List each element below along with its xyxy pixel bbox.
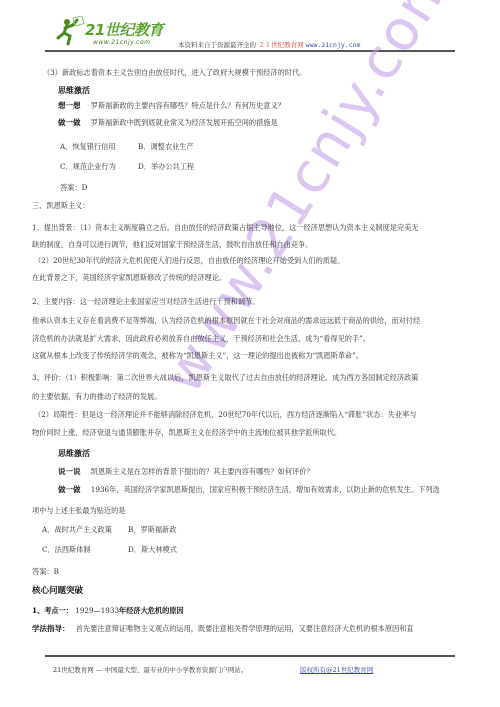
option-d: D．举办公共工程 — [138, 162, 194, 172]
header-slogan: 本资料来自于资源最齐全的 ２１世纪教育网 www.21cnjy.com — [178, 40, 360, 49]
paragraph: 他承认资本主义存在着消费不足等弊端，认为经济危机的根本原因就在于社会对商品的需求… — [32, 316, 420, 326]
question-say: 说一说 凯恩斯主义是在怎样的背景下提出的？其主要内容有哪些？如何评价？ — [58, 467, 314, 477]
question-do: 做一做 1936年，英国经济学家凯恩斯提出，国家应积极干预经济生活，增加有效需求… — [58, 485, 440, 495]
site-logo[interactable]: 21世纪教育 www.21cnjy.com — [55, 12, 170, 50]
method-label: 学法指导： — [32, 624, 70, 633]
slogan-prefix: 本资料来自于资源最齐全的 — [178, 41, 256, 49]
paragraph: （2）20世纪30年代的经济大危机促使人们进行反思，自由放任的经济理论开始受到人… — [34, 256, 344, 266]
paragraph: 物价同时上涨，经济衰退与通货膨胀并存，凯恩斯主义在经济学中的主流地位被其他学派所… — [32, 428, 341, 438]
section-subtitle: 思维激活 — [58, 449, 90, 459]
logo-url-text: www.21cnjy.com — [93, 39, 150, 46]
option-b: B．罗斯福新政 — [128, 525, 176, 535]
option-c: C．规范企业行为 — [60, 162, 116, 172]
do-text: 罗斯福新政中既到底就业常又为经济发展开拓空间的措施是 — [91, 118, 278, 127]
answer: 答案：D — [60, 183, 87, 193]
paragraph: 1、提出背景：（1）资本主义制度确立之后，自由放任的经济政策占据主导地位，这一经… — [32, 223, 419, 233]
footer-divider — [45, 655, 455, 657]
paragraph: 3、评价：（1）积极影响：第二次世界大战以后，凯恩斯主义取代了过去自由放任的经济… — [32, 373, 419, 383]
section-subtitle: 思维激活 — [58, 86, 90, 96]
runner-logo-icon — [55, 16, 85, 46]
point-prefix: 1、考点一： — [32, 606, 73, 615]
option-a: A．恢复银行信用 — [60, 142, 116, 152]
section-title: 三、凯恩斯主义： — [32, 201, 90, 211]
paragraph: 2、主要内容：这一经济理论主张国家应当对经济生活进行干预和调节。 — [32, 297, 259, 307]
answer: 答案：B — [32, 567, 59, 577]
point-years: 1929—1933 — [75, 606, 119, 615]
point-title: 年经济大危机的原因 — [119, 606, 184, 615]
paragraph: 在此背景之下，英国经济学家凯恩斯修改了传统的经济理论。 — [32, 273, 226, 283]
say-text: 凯恩斯主义是在怎样的背景下提出的？其主要内容有哪些？如何评价？ — [91, 467, 314, 476]
option-c: C．法西斯体制 — [42, 545, 91, 555]
question-think: 想一想 罗斯福新政的主要内容有哪些？特点是什么？有何历史意义？ — [58, 101, 285, 111]
footer-text: 21世纪教育网 — 中国最大型、最专业的中小学教育资源门户网站。 — [53, 665, 247, 674]
think-label: 想一想 — [58, 101, 81, 110]
paragraph: 项中与上述主张最为贴近的是 — [32, 506, 125, 516]
paragraph: 这就从根本上改变了传统经济学的观念，被称为“凯恩斯主义”，这一理论的提出也被称为… — [32, 351, 363, 361]
option-b: B．调整农业生产 — [138, 142, 194, 152]
option-a: A．战时共产主义政策 — [42, 525, 112, 535]
paragraph: （2）局限性：但是这一经济理论并不能够消除经济危机，20世纪70年代以后，西方经… — [34, 410, 416, 420]
do-label: 做一做 — [58, 118, 81, 127]
paragraph: （3）新政标志着资本主义告别自由放任时代，进入了政府大规模干预经济的时代。 — [43, 68, 306, 78]
think-text: 罗斯福新政的主要内容有哪些？特点是什么？有何历史意义？ — [91, 101, 285, 110]
slogan-url[interactable]: www.21cnjy.com — [306, 41, 361, 49]
do-text: 1936年，英国经济学家凯恩斯提出，国家应积极干预经济生活，增加有效需求，以防止… — [91, 485, 440, 494]
method-guide: 学法指导： 首先要注意辩证唯物主义观点的运用，既要注意相关哲学原理的运用，又要注… — [32, 624, 414, 634]
do-label: 做一做 — [58, 485, 81, 494]
paragraph: 缺的制度，自身可以进行调节，他们反对国家干预经济生活，鼓吹自由放任和自由竞争。 — [32, 240, 312, 250]
page-header: 21世纪教育 www.21cnjy.com 本资料来自于资源最齐全的 ２１世纪教… — [45, 12, 455, 52]
logo-brand-text: 21世纪教育 — [85, 19, 163, 40]
header-divider — [45, 50, 455, 52]
paragraph: 的主要依据，有力的推动了经济的发展。 — [32, 392, 161, 402]
slogan-site-name[interactable]: ２１世纪教育网 — [258, 41, 304, 49]
core-section-title: 核心问题突破 — [32, 586, 83, 596]
exam-point: 1、考点一： 1929—1933年经济大危机的原因 — [32, 606, 184, 616]
say-label: 说一说 — [58, 467, 81, 476]
method-text: 首先要注意辩证唯物主义观点的运用，既要注意相关哲学原理的运用，又要注意经济大危机… — [76, 624, 414, 633]
option-d: D．斯大林模式 — [128, 545, 177, 555]
question-do: 做一做 罗斯福新政中既到底就业常又为经济发展开拓空间的措施是 — [58, 118, 278, 128]
paragraph: 济危机的办法就是扩大需求，因此政府必须放弃自由放任主义，干预经济和社会生活，成为… — [32, 334, 370, 344]
copyright-link[interactable]: 版权所有@21世纪教育网 — [300, 665, 373, 674]
